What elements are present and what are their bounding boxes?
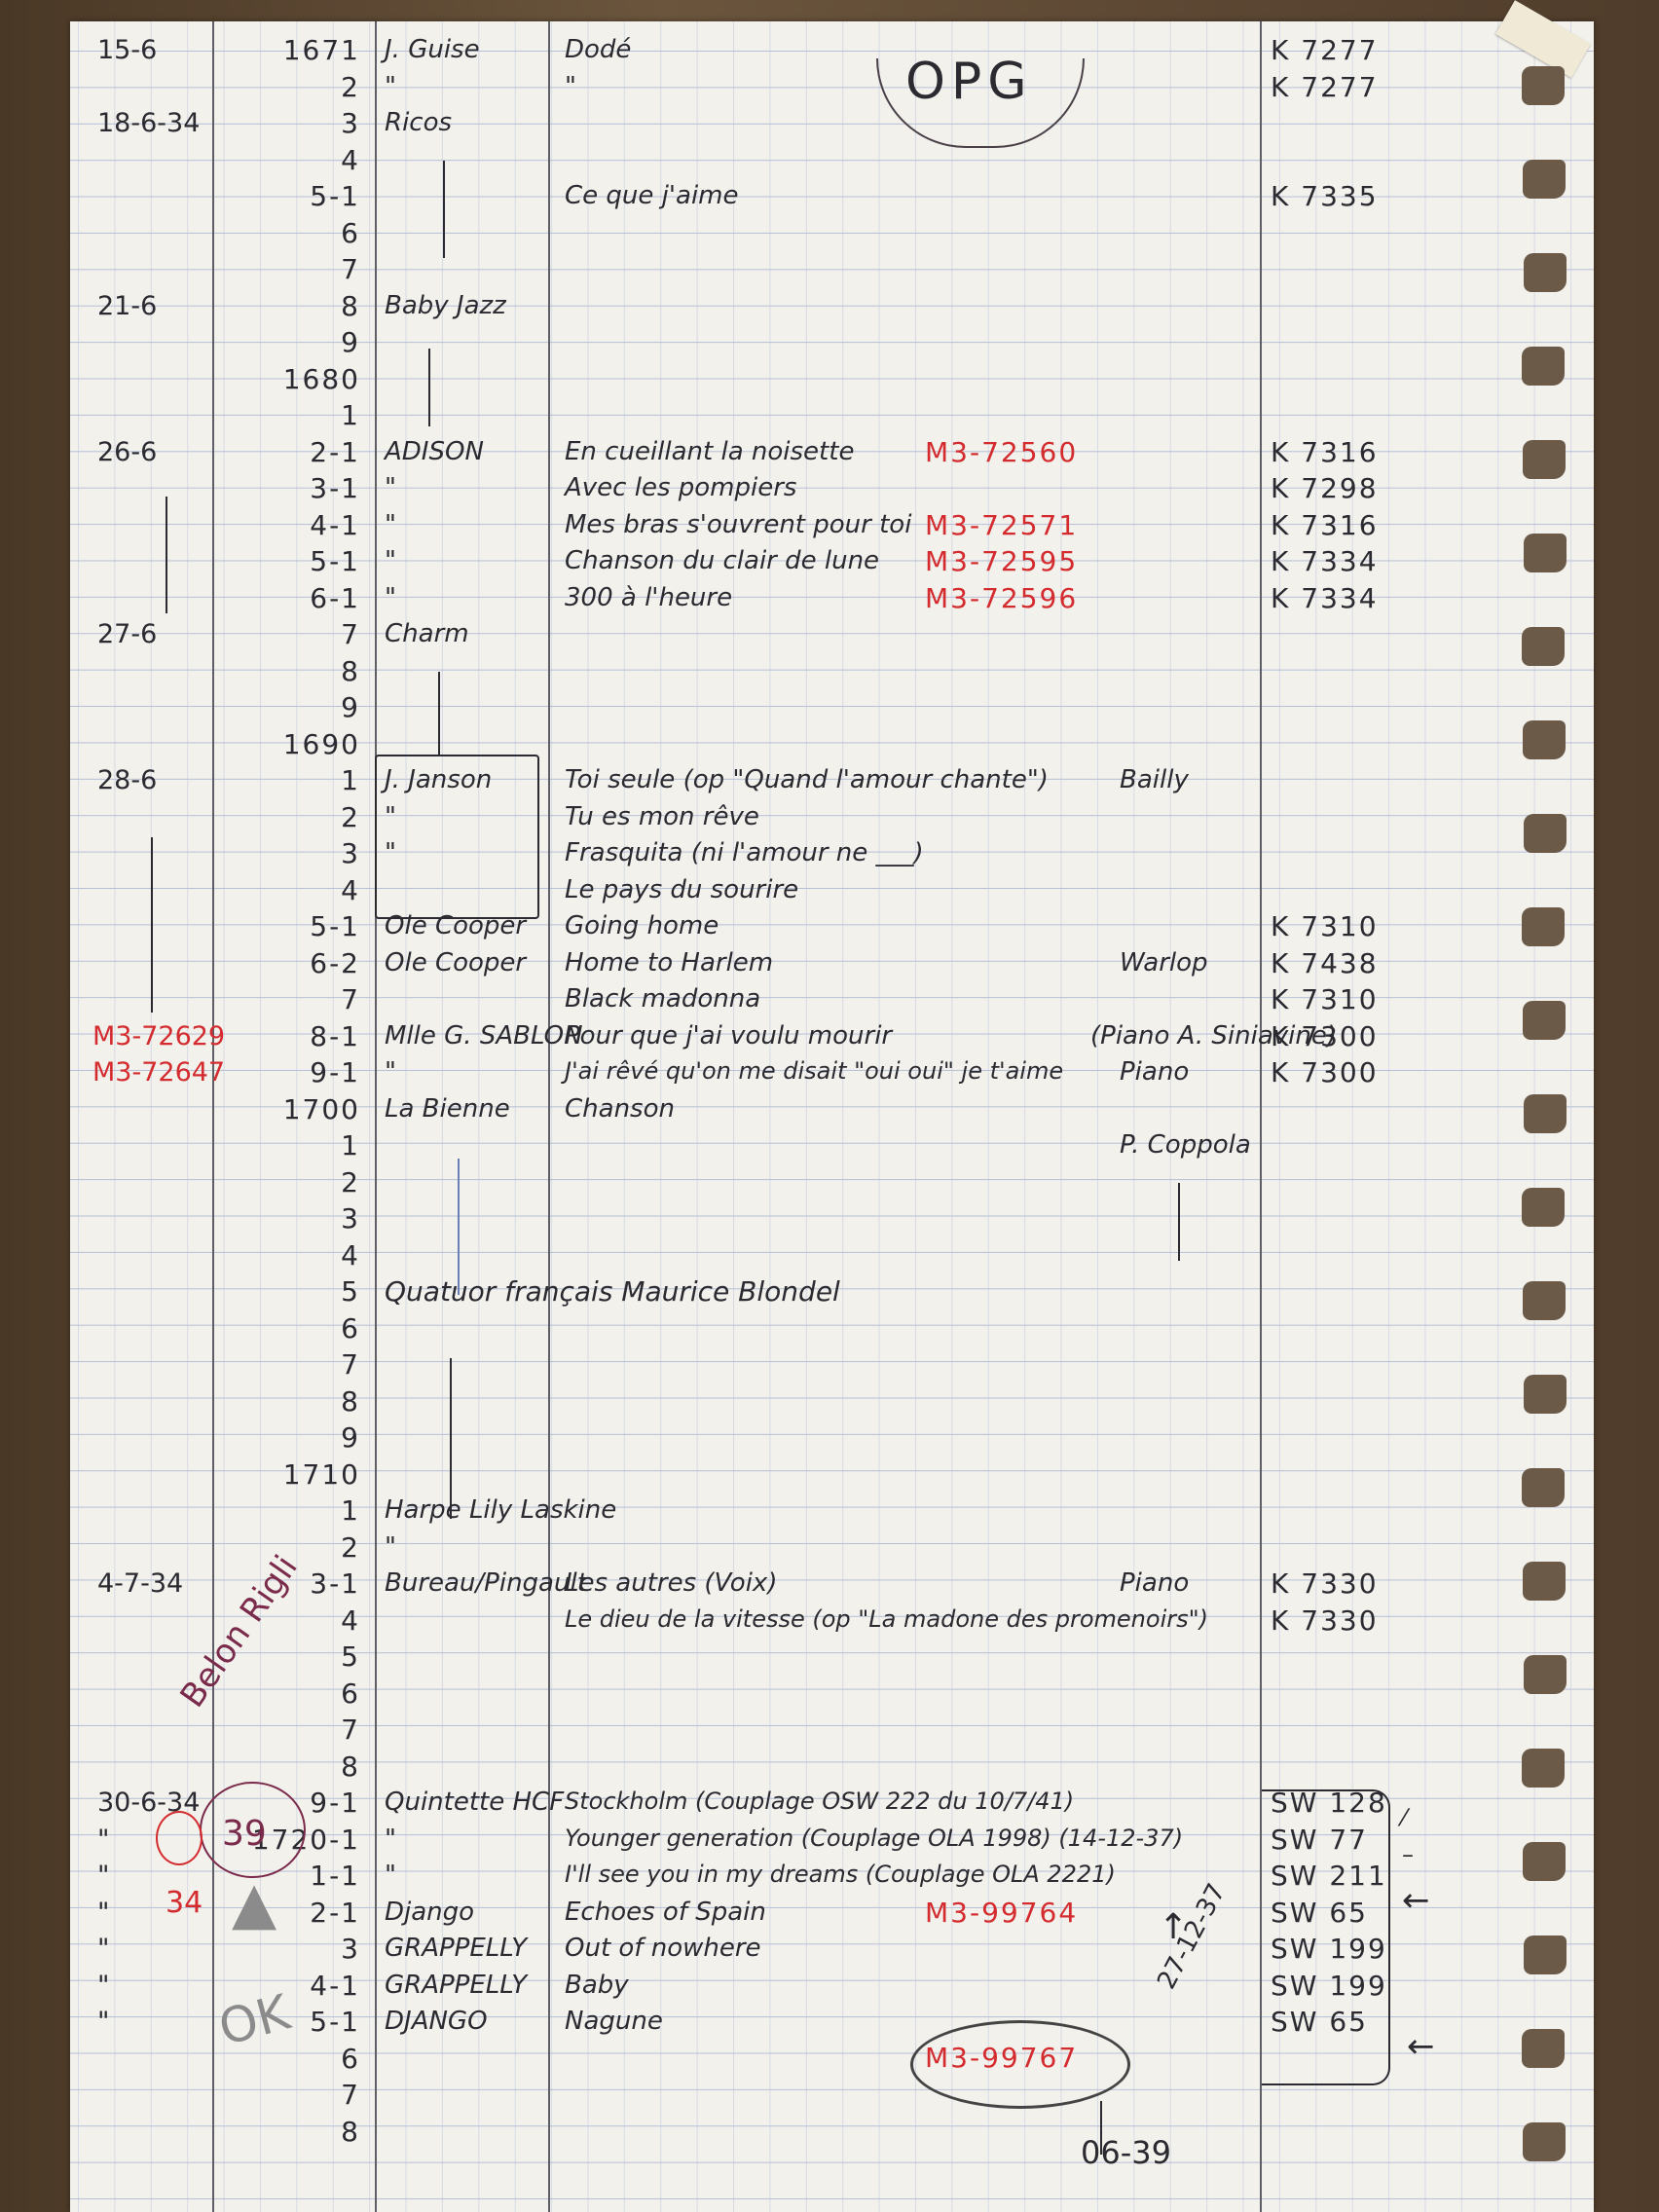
row-catalog: K 7316 <box>1271 439 1379 466</box>
row-matrix: 1 <box>341 402 360 429</box>
row-title: Pour que j'ai voulu mourir <box>565 1023 892 1049</box>
row-artist: Django <box>385 1899 474 1925</box>
row-matrix: 7 <box>341 621 360 648</box>
row-matrix: 7 <box>341 1351 360 1379</box>
row-matrix: 9 <box>341 694 360 721</box>
row-matrix: 8 <box>341 2119 360 2146</box>
row-title: Going home <box>565 913 719 939</box>
binder-hole <box>1523 1842 1566 1881</box>
row-catalog: K 7316 <box>1271 512 1379 539</box>
row-matrix: 1 <box>341 767 360 794</box>
row-date: M3-72647 <box>92 1059 225 1086</box>
binder-hole <box>1523 1281 1566 1320</box>
row-matrix: 6-1 <box>310 585 360 612</box>
bracket-box-janson <box>375 755 539 919</box>
binder-hole <box>1523 160 1566 199</box>
row-catalog: K 7300 <box>1271 1023 1379 1051</box>
row-catalog: K 7277 <box>1271 37 1379 64</box>
row-matrix: 3-1 <box>310 1570 360 1598</box>
binder-hole <box>1524 1655 1567 1694</box>
row-title: Le pays du sourire <box>565 877 798 903</box>
row-catalog: K 7277 <box>1271 74 1379 101</box>
column-rule-matrix <box>375 21 377 2212</box>
row-date: 26-6 <box>97 439 157 465</box>
row-title: Tu es mon rêve <box>565 804 759 829</box>
row-date: " <box>97 1899 109 1926</box>
row-matrix: 6 <box>341 2046 360 2073</box>
row-matrix: 6-2 <box>310 950 360 977</box>
ditto-line <box>428 349 430 426</box>
bracket-box-sw <box>1262 1789 1390 2085</box>
ditto-line <box>1178 1183 1180 1261</box>
row-catalog: K 7334 <box>1271 548 1379 575</box>
row-matrix: 1690 <box>283 731 360 758</box>
row-matrix: 9 <box>341 1424 360 1452</box>
row-matrix: 5-1 <box>310 913 360 940</box>
row-title: Baby <box>565 1972 629 1998</box>
row-artist: Quintette HCF <box>385 1789 564 1815</box>
row-matrix: 4 <box>341 147 360 174</box>
row-date: " <box>97 1862 109 1889</box>
row-artist: GRAPPELLY <box>385 1972 527 1998</box>
binder-hole <box>1522 347 1565 386</box>
arrow-left-icon: ← <box>1402 1884 1430 1917</box>
binder-hole <box>1524 534 1567 572</box>
row-matrix: 4 <box>341 877 360 904</box>
up-arrow-icon: ↑ <box>1159 1910 1188 1945</box>
row-matrix: 2-1 <box>310 1899 360 1927</box>
row-catalog: K 7330 <box>1271 1570 1379 1598</box>
row-title: Ce que j'aime <box>565 183 739 208</box>
circled-year: 39 <box>222 1817 267 1852</box>
row-catalog: K 7335 <box>1271 183 1379 210</box>
row-matrix: 6 <box>341 1315 360 1343</box>
row-catalog: K 7334 <box>1271 585 1379 612</box>
row-artist: Ricos <box>385 110 452 135</box>
row-matrix: 7 <box>341 2082 360 2109</box>
row-artist: ADISON <box>385 439 484 464</box>
row-matrix: 5 <box>341 1643 360 1671</box>
row-catalog: K 7298 <box>1271 475 1379 502</box>
row-red-ref: M3-72560 <box>925 439 1078 466</box>
row-matrix: 1710 <box>283 1461 360 1489</box>
row-catalog: K 7310 <box>1271 913 1379 940</box>
row-title: Black madonna <box>565 986 760 1012</box>
binder-hole <box>1523 2122 1566 2161</box>
column-rule-artist <box>548 21 550 2212</box>
row-title: Chanson <box>565 1096 675 1122</box>
row-title: Frasquita (ni l'amour ne ___) <box>565 840 924 866</box>
row-matrix: 3-1 <box>310 475 360 502</box>
row-artist: " <box>385 548 396 573</box>
row-matrix: 3 <box>341 110 360 137</box>
row-artist: " <box>385 1826 396 1852</box>
row-date: 4-7-34 <box>97 1570 183 1597</box>
row-matrix: 3 <box>341 1935 360 1963</box>
row-matrix: 4-1 <box>310 1972 360 2000</box>
row-artist: J. Guise <box>385 37 480 62</box>
row-matrix: 1680 <box>283 366 360 393</box>
ditto-line <box>443 161 445 258</box>
binder-hole <box>1522 1749 1565 1788</box>
ditto-line <box>151 837 153 1013</box>
ditto-line <box>450 1358 452 1519</box>
binder-hole <box>1524 253 1567 292</box>
row-matrix: 3 <box>341 1205 360 1233</box>
row-matrix: 2 <box>341 74 360 101</box>
tick-mark: ⁄ <box>1402 1806 1406 1829</box>
row-matrix: 1 <box>341 1132 360 1160</box>
row-artist: " <box>385 475 396 500</box>
row-matrix: 2-1 <box>310 439 360 466</box>
row-note: P. Coppola <box>1120 1132 1251 1158</box>
row-matrix: 8 <box>341 1753 360 1781</box>
row-title: Nagune <box>565 2009 663 2034</box>
row-note: Warlop <box>1120 950 1208 976</box>
row-title: Out of nowhere <box>565 1935 761 1961</box>
row-artist: Quatuor français Maurice Blondel <box>385 1278 840 1306</box>
row-matrix: 8 <box>341 1388 360 1416</box>
row-artist: Harpe Lily Laskine <box>385 1497 616 1523</box>
row-artist: GRAPPELLY <box>385 1935 527 1961</box>
row-artist: " <box>385 585 396 610</box>
row-matrix: 2 <box>341 1534 360 1562</box>
row-matrix: 5-1 <box>310 183 360 210</box>
row-artist: " <box>385 1862 396 1888</box>
row-artist: Mlle G. SABLON <box>385 1023 583 1049</box>
pencil-arrow-icon: ▲ <box>232 1874 276 1933</box>
row-title: Mes bras s'ouvrent pour toi <box>565 512 911 537</box>
row-matrix: 8 <box>341 293 360 320</box>
row-matrix: 6 <box>341 220 360 247</box>
row-date: 18-6-34 <box>97 110 200 136</box>
circled-ref: M3-99767 <box>925 2045 1078 2072</box>
row-title: Echoes of Spain <box>565 1899 766 1925</box>
row-matrix: 5 <box>341 1278 360 1306</box>
binder-hole <box>1524 1935 1567 1974</box>
row-artist: Charm <box>385 621 469 646</box>
binder-hole <box>1523 720 1566 759</box>
row-matrix: 9-1 <box>310 1059 360 1087</box>
row-matrix: 9-1 <box>310 1789 360 1817</box>
row-title: " <box>565 74 576 99</box>
row-matrix: 1700 <box>283 1096 360 1124</box>
row-note: Piano <box>1120 1570 1189 1596</box>
row-catalog: K 7310 <box>1271 986 1379 1014</box>
row-matrix: 9 <box>341 329 360 356</box>
binder-hole <box>1522 1468 1565 1507</box>
row-catalog: K 7300 <box>1271 1059 1379 1087</box>
row-title: En cueillant la noisette <box>565 439 854 464</box>
row-date: " <box>97 1935 109 1962</box>
row-artist: " <box>385 512 396 537</box>
binder-hole <box>1522 627 1565 666</box>
row-red-ref: M3-72571 <box>925 512 1078 539</box>
row-title: 300 à l'heure <box>565 585 732 610</box>
row-matrix: 4 <box>341 1607 360 1635</box>
row-matrix: 7 <box>341 986 360 1014</box>
row-date: M3-72629 <box>92 1023 225 1050</box>
binder-hole <box>1522 66 1565 105</box>
row-title: Home to Harlem <box>565 950 773 976</box>
binder-hole <box>1524 1375 1567 1414</box>
row-artist: La Bienne <box>385 1096 510 1122</box>
ditto-line <box>438 672 440 755</box>
ditto-line <box>166 497 167 613</box>
row-matrix: 7 <box>341 1716 360 1744</box>
binder-hole <box>1522 2029 1565 2068</box>
row-artist: " <box>385 74 396 99</box>
row-matrix: 4 <box>341 1242 360 1270</box>
row-matrix: 1 <box>341 1497 360 1525</box>
row-matrix: 1-1 <box>310 1862 360 1890</box>
ditto-line <box>458 1159 460 1295</box>
row-note: Piano <box>1120 1059 1189 1085</box>
row-title: Dodé <box>565 37 631 62</box>
binder-hole <box>1522 1188 1565 1227</box>
row-title: Avec les pompiers <box>565 475 796 500</box>
row-matrix: 1671 <box>283 37 360 64</box>
row-date: " <box>97 2009 109 2035</box>
row-artist: " <box>385 1059 396 1085</box>
row-note: Bailly <box>1120 767 1189 793</box>
binder-hole <box>1523 1001 1566 1040</box>
row-catalog: K 7330 <box>1271 1607 1379 1635</box>
row-title: Chanson du clair de lune <box>565 548 879 573</box>
row-title: Stockholm (Couplage OSW 222 du 10/7/41) <box>565 1789 1074 1813</box>
row-title: J'ai rêvé qu'on me disait "oui oui" je t… <box>565 1059 1063 1083</box>
row-title: Toi seule (op "Quand l'amour chante") <box>565 767 1049 793</box>
row-matrix: 3 <box>341 840 360 867</box>
row-matrix: 5-1 <box>310 2009 360 2036</box>
row-catalog: K 7438 <box>1271 950 1379 977</box>
row-title: Younger generation (Couplage OLA 1998) (… <box>565 1826 1183 1850</box>
row-date: 21-6 <box>97 293 157 319</box>
row-matrix: 2 <box>341 1169 360 1197</box>
row-artist: Bureau/Pingault <box>385 1570 587 1596</box>
tick-mark: – <box>1402 1843 1414 1866</box>
binder-hole <box>1523 440 1566 479</box>
row-red-ref: M3-99764 <box>925 1899 1078 1927</box>
row-date: 15-6 <box>97 37 157 63</box>
row-title: Les autres (Voix) <box>565 1570 777 1596</box>
row-artist: Baby Jazz <box>385 293 506 318</box>
column-rule-date <box>212 21 214 2212</box>
circled-ref-date: 06-39 <box>1081 2137 1171 2168</box>
red-corrected-date: 34 <box>166 1889 203 1918</box>
row-red-ref: M3-72596 <box>925 585 1078 612</box>
arrow-left-icon: ← <box>1407 2030 1435 2063</box>
row-matrix: 8-1 <box>310 1023 360 1051</box>
row-date: 27-6 <box>97 621 157 647</box>
binder-hole <box>1523 1562 1566 1601</box>
row-date: " <box>97 1826 109 1853</box>
row-red-ref: M3-72595 <box>925 548 1078 575</box>
row-matrix: 7 <box>341 256 360 283</box>
row-date: 28-6 <box>97 767 157 793</box>
red-circle-mark <box>156 1811 203 1865</box>
binder-hole <box>1522 907 1565 946</box>
binder-hole <box>1524 814 1567 853</box>
row-matrix: 5-1 <box>310 548 360 575</box>
row-matrix: 2 <box>341 804 360 831</box>
row-artist: DJANGO <box>385 2009 488 2034</box>
binder-hole <box>1524 1094 1567 1133</box>
row-title: Le dieu de la vitesse (op "La madone des… <box>565 1607 1208 1631</box>
row-date: " <box>97 1972 109 1999</box>
row-matrix: 4-1 <box>310 512 360 539</box>
row-artist: Ole Cooper <box>385 950 526 976</box>
row-matrix: 8 <box>341 658 360 685</box>
row-matrix: 6 <box>341 1680 360 1708</box>
row-title: I'll see you in my dreams (Couplage OLA … <box>565 1862 1116 1886</box>
row-artist: " <box>385 1534 396 1560</box>
